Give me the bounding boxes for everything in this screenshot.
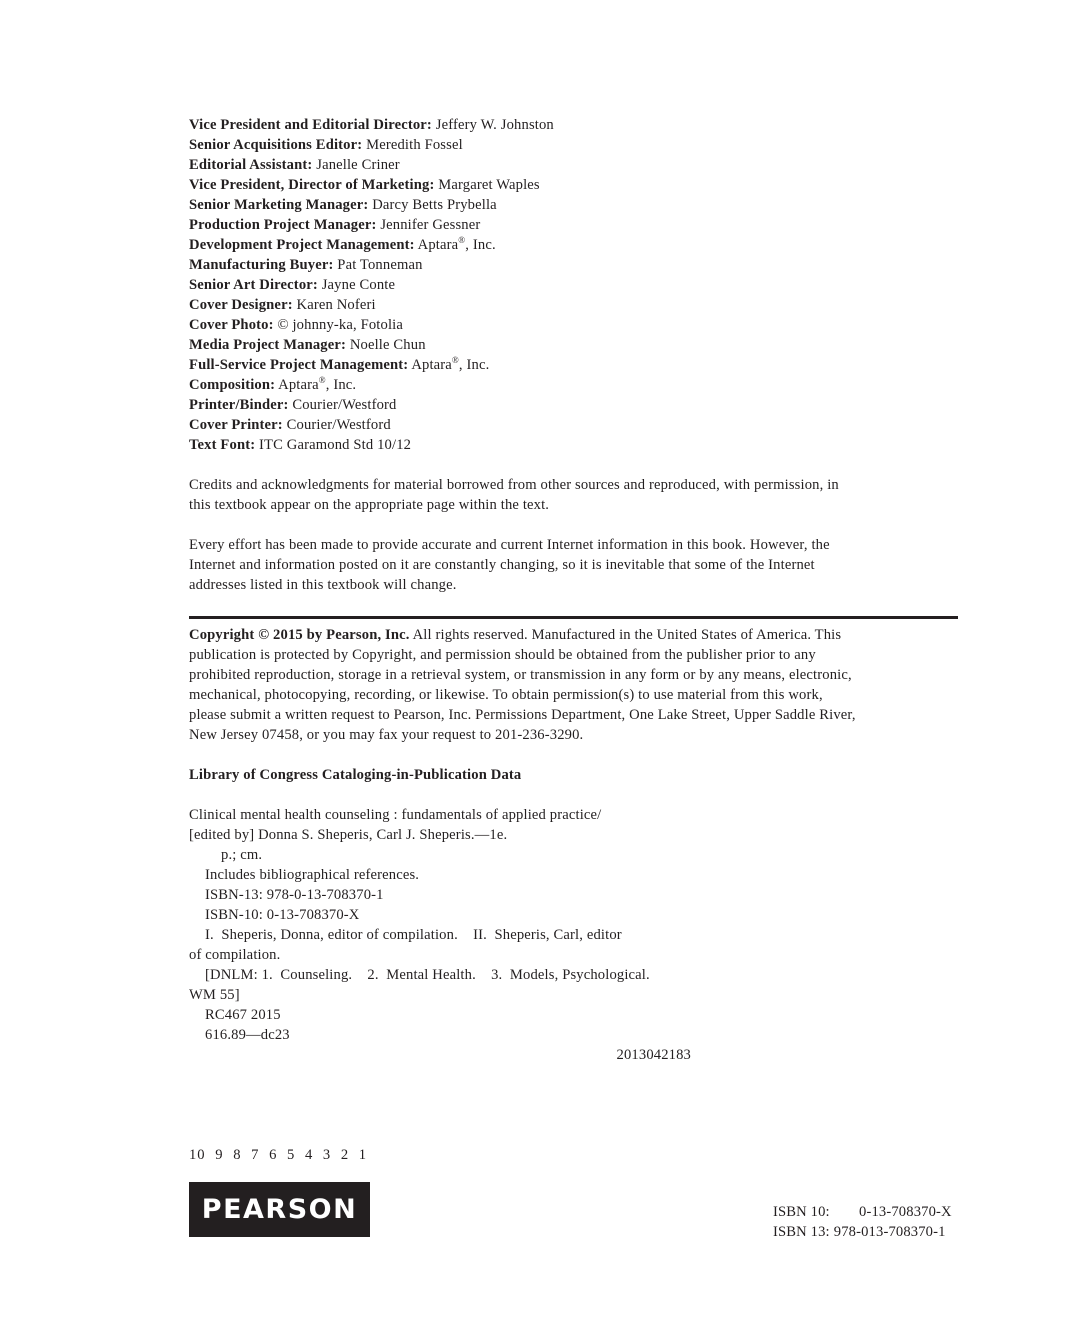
credit-line: Vice President and Editorial Director: J… — [189, 115, 961, 135]
credit-role-label: Senior Acquisitions Editor: — [189, 137, 362, 153]
paragraph-line: Copyright © 2015 by Pearson, Inc. All ri… — [189, 625, 961, 645]
credit-line: Text Font: ITC Garamond Std 10/12 — [189, 435, 961, 455]
copyright-text: All rights reserved. Manufactured in the… — [410, 627, 842, 643]
credit-line: Vice President, Director of Marketing: M… — [189, 175, 961, 195]
credit-role-label: Cover Printer: — [189, 417, 283, 433]
cip-line: RC467 2015 — [189, 1005, 709, 1025]
cip-lines: Clinical mental health counseling : fund… — [189, 805, 709, 1045]
credit-name-suffix: , Inc. — [465, 237, 495, 253]
copyright-lead: Copyright © 2015 by Pearson, Inc. — [189, 627, 410, 643]
credit-line: Cover Designer: Karen Noferi — [189, 295, 961, 315]
cip-line: Includes bibliographical references. — [189, 865, 709, 885]
printing-number-line: 10 9 8 7 6 5 4 3 2 1 — [189, 1145, 367, 1165]
credit-line: Senior Marketing Manager: Darcy Betts Pr… — [189, 195, 961, 215]
internet-disclaimer-paragraph: Every effort has been made to provide ac… — [189, 535, 961, 595]
credit-name-value: Aptara — [418, 237, 459, 253]
credit-role-label: Senior Marketing Manager: — [189, 197, 368, 213]
credit-role-label: Manufacturing Buyer: — [189, 257, 333, 273]
credit-role-label: Development Project Management: — [189, 237, 415, 253]
credit-role-label: Senior Art Director: — [189, 277, 318, 293]
lccn-number: 2013042183 — [189, 1045, 691, 1065]
paragraph-line: mechanical, photocopying, recording, or … — [189, 685, 961, 705]
credit-line: Manufacturing Buyer: Pat Tonneman — [189, 255, 961, 275]
section-divider — [189, 616, 958, 619]
copyright-paragraph: Copyright © 2015 by Pearson, Inc. All ri… — [189, 625, 961, 745]
cip-line: p.; cm. — [189, 845, 709, 865]
credit-line: Editorial Assistant: Janelle Criner — [189, 155, 961, 175]
isbn-10-value: 0-13-708370-X — [859, 1202, 952, 1222]
credit-line: Full-Service Project Management: Aptara®… — [189, 355, 961, 375]
credit-role-label: Text Font: — [189, 437, 255, 453]
credit-name-suffix: , Inc. — [326, 377, 356, 393]
credit-name-value: Courier/Westford — [287, 417, 391, 433]
credit-role-label: Editorial Assistant: — [189, 157, 312, 173]
credit-role-label: Media Project Manager: — [189, 337, 346, 353]
credit-line: Cover Printer: Courier/Westford — [189, 415, 961, 435]
credit-name-value: Courier/Westford — [292, 397, 396, 413]
cip-line: Clinical mental health counseling : fund… — [189, 805, 709, 825]
credit-name-value: Janelle Criner — [316, 157, 400, 173]
credit-line: Cover Photo: © johnny-ka, Fotolia — [189, 315, 961, 335]
cip-line: of compilation. — [189, 945, 709, 965]
isbn-13-value: 978-013-708370-1 — [834, 1222, 946, 1242]
cip-line: [DNLM: 1. Counseling. 2. Mental Health. … — [189, 965, 709, 985]
credit-name-value: Darcy Betts Prybella — [372, 197, 497, 213]
credit-name-value: Karen Noferi — [297, 297, 376, 313]
credit-line: Production Project Manager: Jennifer Ges… — [189, 215, 961, 235]
pearson-logo-text: PEARSON — [202, 1194, 357, 1225]
isbn-13-label: ISBN 13: — [773, 1222, 834, 1242]
paragraph-line: New Jersey 07458, or you may fax your re… — [189, 725, 961, 745]
paragraph-line: publication is protected by Copyright, a… — [189, 645, 961, 665]
credit-role-label: Vice President, Director of Marketing: — [189, 177, 434, 193]
copyright-page: Vice President and Editorial Director: J… — [0, 0, 1068, 1341]
credit-name-value: ITC Garamond Std 10/12 — [259, 437, 411, 453]
credit-name-value: Jayne Conte — [322, 277, 395, 293]
credit-name-value: Pat Tonneman — [337, 257, 422, 273]
credit-line: Printer/Binder: Courier/Westford — [189, 395, 961, 415]
credit-role-label: Printer/Binder: — [189, 397, 289, 413]
credits-list: Vice President and Editorial Director: J… — [189, 115, 961, 455]
paragraph-line: Credits and acknowledgments for material… — [189, 475, 961, 495]
credit-name-value: Noelle Chun — [350, 337, 426, 353]
cip-line: I. Sheperis, Donna, editor of compilatio… — [189, 925, 709, 945]
credit-name-value: Margaret Waples — [438, 177, 539, 193]
paragraph-line: addresses listed in this textbook will c… — [189, 575, 961, 595]
credit-name-value: Jeffery W. Johnston — [436, 117, 554, 133]
credits-acknowledgment-paragraph: Credits and acknowledgments for material… — [189, 475, 961, 515]
cip-data-block: Clinical mental health counseling : fund… — [189, 805, 709, 1065]
isbn-block: ISBN 10: 0-13-708370-X ISBN 13: 978-013-… — [773, 1202, 959, 1242]
credit-name-value: Aptara — [411, 357, 452, 373]
registered-mark-icon: ® — [319, 375, 326, 385]
credit-name-value: Jennifer Gessner — [380, 217, 480, 233]
paragraph-line: Every effort has been made to provide ac… — [189, 535, 961, 555]
credit-name-value: © johnny-ka, Fotolia — [277, 317, 403, 333]
cip-line: [edited by] Donna S. Sheperis, Carl J. S… — [189, 825, 709, 845]
credit-line: Development Project Management: Aptara®,… — [189, 235, 961, 255]
credit-role-label: Full-Service Project Management: — [189, 357, 408, 373]
cip-line: ISBN-13: 978-0-13-708370-1 — [189, 885, 709, 905]
cip-line: 616.89—dc23 — [189, 1025, 709, 1045]
paragraph-line: please submit a written request to Pears… — [189, 705, 961, 725]
credit-name-value: Aptara — [278, 377, 319, 393]
credit-line: Media Project Manager: Noelle Chun — [189, 335, 961, 355]
credit-line: Composition: Aptara®, Inc. — [189, 375, 961, 395]
credit-line: Senior Acquisitions Editor: Meredith Fos… — [189, 135, 961, 155]
paragraph-line: Internet and information posted on it ar… — [189, 555, 961, 575]
paragraph-line: this textbook appear on the appropriate … — [189, 495, 961, 515]
credit-name-value: Meredith Fossel — [366, 137, 463, 153]
paragraph-line: prohibited reproduction, storage in a re… — [189, 665, 961, 685]
isbn-13-row: ISBN 13: 978-013-708370-1 — [773, 1222, 959, 1242]
isbn-10-label: ISBN 10: — [773, 1202, 859, 1222]
isbn-10-row: ISBN 10: 0-13-708370-X — [773, 1202, 959, 1222]
cip-line: WM 55] — [189, 985, 709, 1005]
registered-mark-icon: ® — [452, 355, 459, 365]
credit-line: Senior Art Director: Jayne Conte — [189, 275, 961, 295]
pearson-logo: PEARSON — [189, 1182, 370, 1237]
credit-role-label: Vice President and Editorial Director: — [189, 117, 432, 133]
credit-role-label: Composition: — [189, 377, 275, 393]
cip-heading: Library of Congress Cataloging-in-Public… — [189, 765, 961, 785]
cip-line: ISBN-10: 0-13-708370-X — [189, 905, 709, 925]
credit-name-suffix: , Inc. — [459, 357, 489, 373]
credit-role-label: Production Project Manager: — [189, 217, 377, 233]
credit-role-label: Cover Designer: — [189, 297, 293, 313]
credit-role-label: Cover Photo: — [189, 317, 274, 333]
